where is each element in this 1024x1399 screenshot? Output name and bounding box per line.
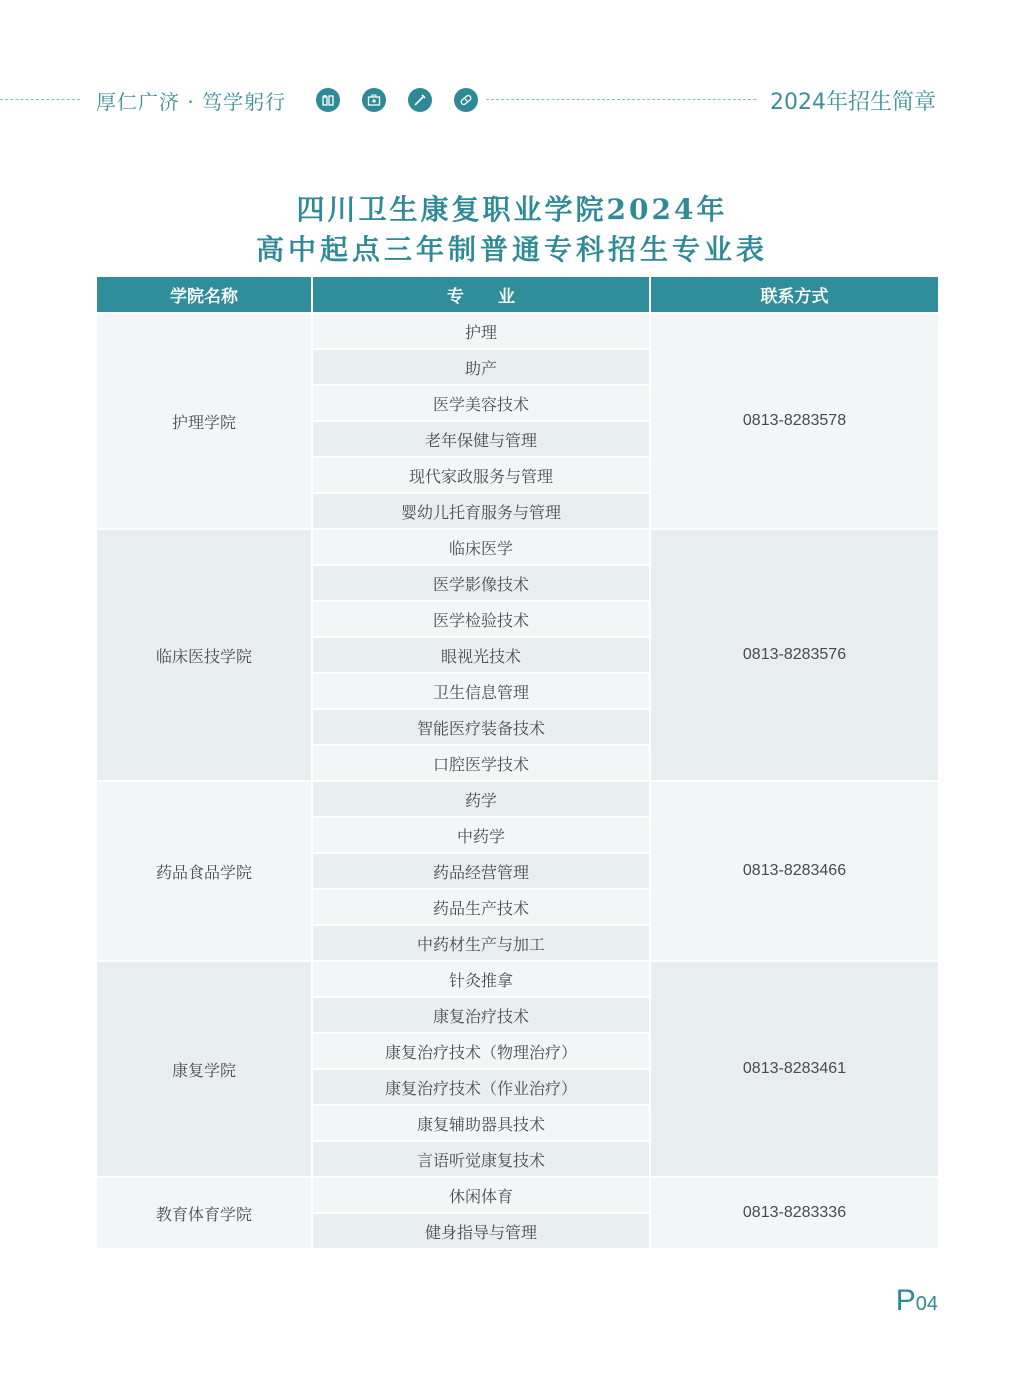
major-item: 智能医疗装备技术	[313, 708, 649, 744]
college-name: 康复学院	[97, 962, 311, 1176]
header-major: 专 业	[313, 277, 651, 312]
major-item: 眼视光技术	[313, 636, 649, 672]
page-title: 四川卫生康复职业学院2024年 高中起点三年制普通专科招生专业表	[0, 190, 1024, 270]
page-number-value: 04	[916, 1293, 938, 1315]
major-item: 医学美容技术	[313, 384, 649, 420]
dashed-divider-right	[486, 99, 756, 100]
major-item: 康复治疗技术	[313, 996, 649, 1032]
table-group-education-sports: 教育体育学院 休闲体育 健身指导与管理 0813-8283336	[97, 1176, 938, 1248]
contact-phone: 0813-8283466	[651, 782, 938, 960]
page-banner: 厚仁广济 · 笃学躬行 2024年招生简章	[0, 82, 1024, 118]
major-item: 现代家政服务与管理	[313, 456, 649, 492]
title-line-2: 高中起点三年制普通专科招生专业表	[0, 230, 1024, 270]
table-header: 学院名称 专 业 联系方式	[97, 277, 938, 312]
school-motto: 厚仁广济 · 笃学躬行	[96, 86, 286, 115]
major-item: 中药材生产与加工	[313, 924, 649, 960]
college-name: 护理学院	[97, 314, 311, 528]
major-item: 康复辅助器具技术	[313, 1104, 649, 1140]
major-item: 言语听觉康复技术	[313, 1140, 649, 1176]
major-item: 助产	[313, 348, 649, 384]
college-name: 临床医技学院	[97, 530, 311, 780]
brochure-title: 2024年招生简章	[770, 85, 936, 116]
page-number: P04	[896, 1284, 938, 1318]
major-item: 口腔医学技术	[313, 744, 649, 780]
major-item: 临床医学	[313, 530, 649, 564]
medicine-bottles-icon	[316, 88, 340, 112]
syringe-icon	[408, 88, 432, 112]
major-item: 医学检验技术	[313, 600, 649, 636]
college-name: 教育体育学院	[97, 1178, 311, 1248]
header-college: 学院名称	[97, 277, 313, 312]
major-item: 康复治疗技术（物理治疗）	[313, 1032, 649, 1068]
table-group-pharmacy: 药品食品学院 药学 中药学 药品经营管理 药品生产技术 中药材生产与加工 081…	[97, 780, 938, 960]
table-group-nursing: 护理学院 护理 助产 医学美容技术 老年保健与管理 现代家政服务与管理 婴幼儿托…	[97, 312, 938, 528]
page-prefix: P	[896, 1284, 916, 1317]
major-item: 药品经营管理	[313, 852, 649, 888]
major-item: 婴幼儿托育服务与管理	[313, 492, 649, 528]
dashed-divider-left	[0, 99, 80, 100]
major-item: 药品生产技术	[313, 888, 649, 924]
banner-icons	[316, 88, 478, 112]
major-item: 医学影像技术	[313, 564, 649, 600]
major-item: 休闲体育	[313, 1178, 649, 1212]
first-aid-kit-icon	[362, 88, 386, 112]
header-contact: 联系方式	[651, 277, 938, 312]
major-list: 药学 中药学 药品经营管理 药品生产技术 中药材生产与加工	[311, 782, 651, 960]
major-item: 卫生信息管理	[313, 672, 649, 708]
major-list: 针灸推拿 康复治疗技术 康复治疗技术（物理治疗） 康复治疗技术（作业治疗） 康复…	[311, 962, 651, 1176]
major-item: 药学	[313, 782, 649, 816]
table-group-clinical: 临床医技学院 临床医学 医学影像技术 医学检验技术 眼视光技术 卫生信息管理 智…	[97, 528, 938, 780]
major-item: 护理	[313, 314, 649, 348]
table-group-rehabilitation: 康复学院 针灸推拿 康复治疗技术 康复治疗技术（物理治疗） 康复治疗技术（作业治…	[97, 960, 938, 1176]
major-list: 护理 助产 医学美容技术 老年保健与管理 现代家政服务与管理 婴幼儿托育服务与管…	[311, 314, 651, 528]
contact-phone: 0813-8283576	[651, 530, 938, 780]
contact-phone: 0813-8283336	[651, 1178, 938, 1248]
title-line-1: 四川卫生康复职业学院2024年	[0, 190, 1024, 230]
major-list: 临床医学 医学影像技术 医学检验技术 眼视光技术 卫生信息管理 智能医疗装备技术…	[311, 530, 651, 780]
major-item: 老年保健与管理	[313, 420, 649, 456]
majors-table: 学院名称 专 业 联系方式 护理学院 护理 助产 医学美容技术 老年保健与管理 …	[97, 277, 938, 1248]
major-item: 健身指导与管理	[313, 1212, 649, 1248]
contact-phone: 0813-8283578	[651, 314, 938, 528]
pill-capsule-icon	[454, 88, 478, 112]
major-list: 休闲体育 健身指导与管理	[311, 1178, 651, 1248]
major-item: 针灸推拿	[313, 962, 649, 996]
contact-phone: 0813-8283461	[651, 962, 938, 1176]
major-item: 康复治疗技术（作业治疗）	[313, 1068, 649, 1104]
major-item: 中药学	[313, 816, 649, 852]
college-name: 药品食品学院	[97, 782, 311, 960]
